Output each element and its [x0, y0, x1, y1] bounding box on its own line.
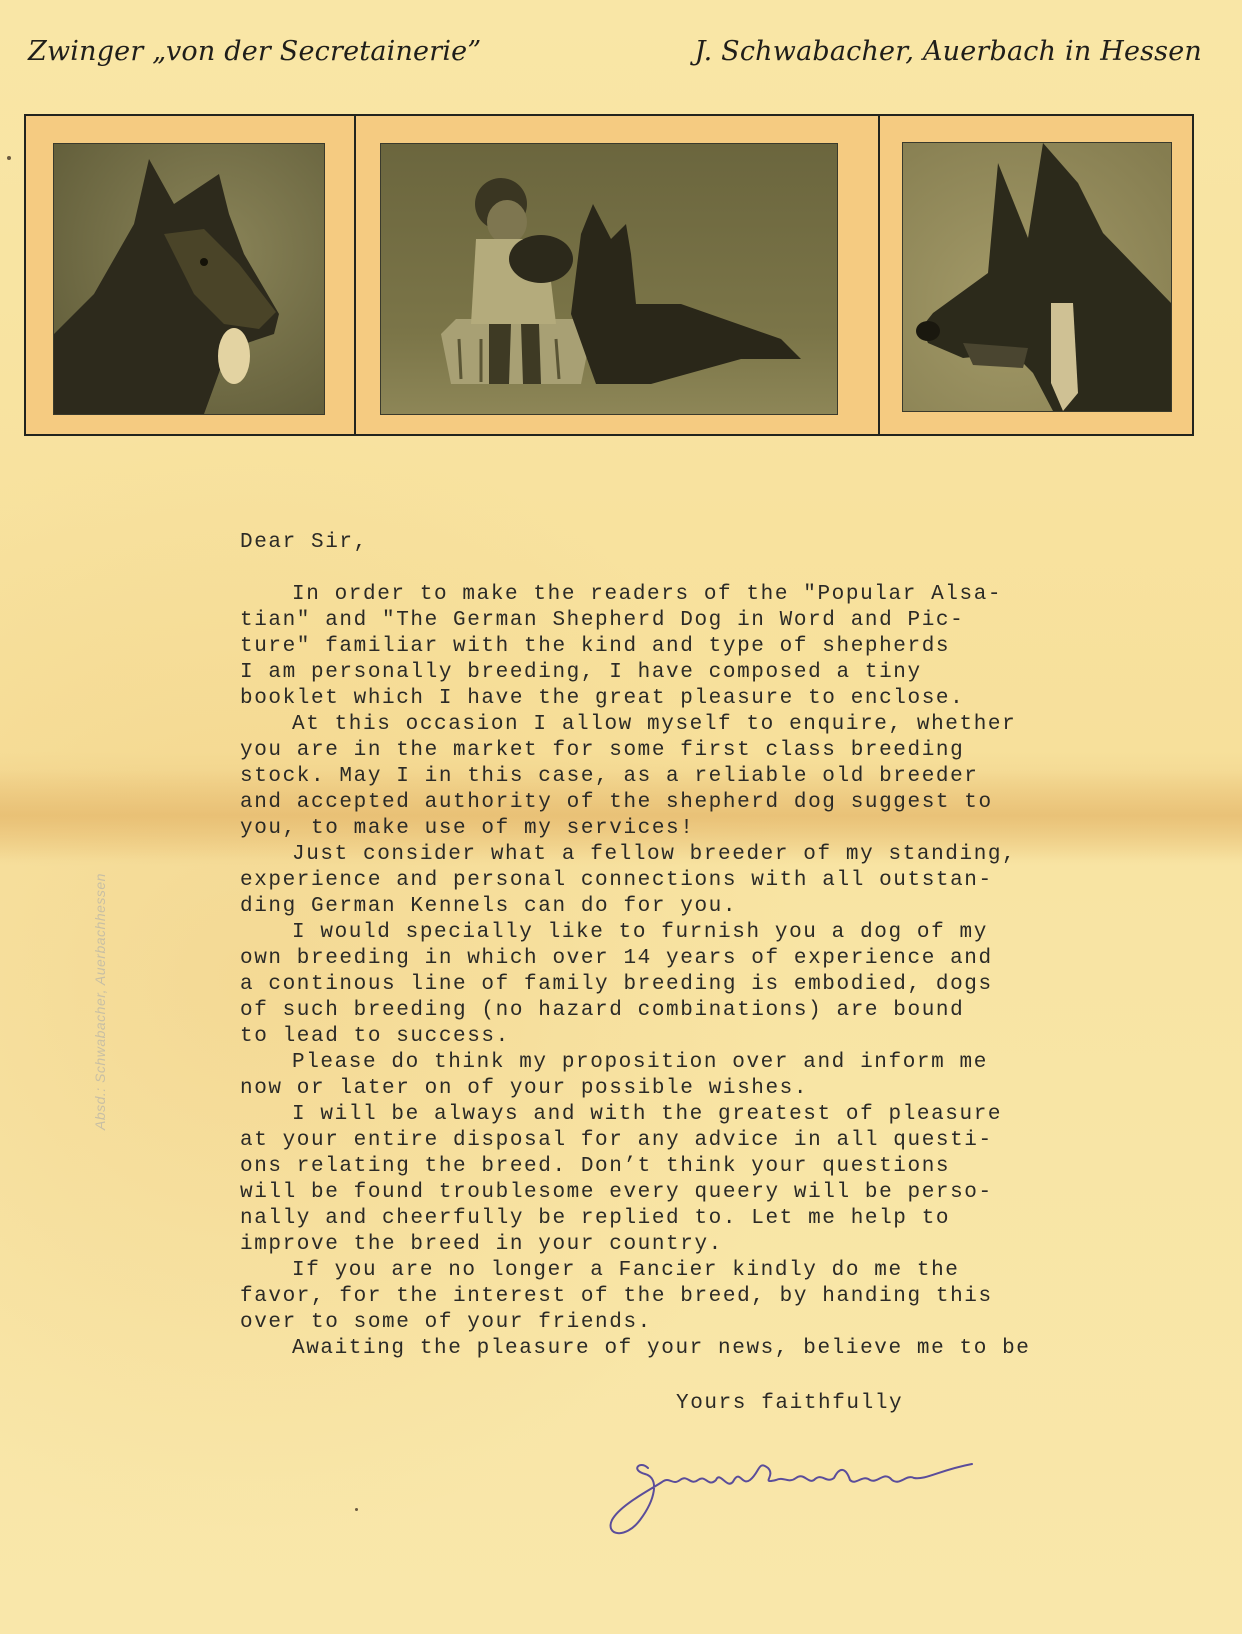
letter-line: you, to make use of my services!: [240, 816, 1140, 842]
letter-line: ture" familiar with the kind and type of…: [240, 634, 1140, 660]
letterhead-kennel-name: Zwinger „von der Secretainerie”: [28, 36, 481, 67]
letter-line: I would specially like to furnish you a …: [240, 920, 1140, 946]
letter-line: At this occasion I allow myself to enqui…: [240, 712, 1140, 738]
letter-paragraphs: In order to make the readers of the "Pop…: [240, 582, 1140, 1362]
letter-line: Please do think my proposition over and …: [240, 1050, 1140, 1076]
letter-line: If you are no longer a Fancier kindly do…: [240, 1258, 1140, 1284]
letter-line: Awaiting the pleasure of your news, beli…: [240, 1336, 1140, 1362]
photo-strip: [24, 114, 1194, 436]
letterhead-address: J. Schwabacher, Auerbach in Hessen: [695, 36, 1202, 67]
letter-line: tian" and "The German Shepherd Dog in Wo…: [240, 608, 1140, 634]
photo-dog-head-left: [53, 143, 325, 415]
letter-line: a continous line of family breeding is e…: [240, 972, 1140, 998]
letter-line: now or later on of your possible wishes.: [240, 1076, 1140, 1102]
letter-line: over to some of your friends.: [240, 1310, 1140, 1336]
letter-line: booklet which I have the great pleasure …: [240, 686, 1140, 712]
letter-body: Dear Sir, In order to make the readers o…: [240, 530, 1140, 1362]
child-and-dogs-image: [381, 144, 837, 414]
letter-line: ons relating the breed. Don’t think your…: [240, 1154, 1140, 1180]
letter-line: Just consider what a fellow breeder of m…: [240, 842, 1140, 868]
letter-line: In order to make the readers of the "Pop…: [240, 582, 1140, 608]
letter-line: nally and cheerfully be replied to. Let …: [240, 1206, 1140, 1232]
letter-line: experience and personal connections with…: [240, 868, 1140, 894]
letter-line: own breeding in which over 14 years of e…: [240, 946, 1140, 972]
paper-speck: [7, 156, 11, 160]
photo-child-with-dogs: [380, 143, 838, 415]
letter-line: to lead to success.: [240, 1024, 1140, 1050]
paper-speck: [355, 1508, 358, 1511]
letter-line: favor, for the interest of the breed, by…: [240, 1284, 1140, 1310]
photo-divider: [878, 116, 880, 434]
photo-dog-profile-right: [902, 142, 1172, 412]
signature-scrawl: Joseph Schwabacher: [600, 1440, 1020, 1540]
dog-portrait-image: [54, 144, 324, 414]
letter-line: improve the breed in your country.: [240, 1232, 1140, 1258]
letter-line: and accepted authority of the shepherd d…: [240, 790, 1140, 816]
letter-line: stock. May I in this case, as a reliable…: [240, 764, 1140, 790]
salutation: Dear Sir,: [240, 530, 1140, 556]
letter-line: at your entire disposal for any advice i…: [240, 1128, 1140, 1154]
dog-profile-image: [903, 143, 1171, 411]
letter-line: ding German Kennels can do for you.: [240, 894, 1140, 920]
letter-line: will be found troublesome every queery w…: [240, 1180, 1140, 1206]
letter-line: I am personally breeding, I have compose…: [240, 660, 1140, 686]
letter-line: I will be always and with the greatest o…: [240, 1102, 1140, 1128]
photo-divider: [354, 116, 356, 434]
letter-line: of such breeding (no hazard combinations…: [240, 998, 1140, 1024]
sender-stamp: Absd.: Schwabacher, Auerbachhessen: [92, 873, 108, 1130]
handwritten-signature: Joseph Schwabacher: [600, 1440, 1020, 1540]
letter-line: you are in the market for some first cla…: [240, 738, 1140, 764]
closing: Yours faithfully: [676, 1392, 903, 1415]
